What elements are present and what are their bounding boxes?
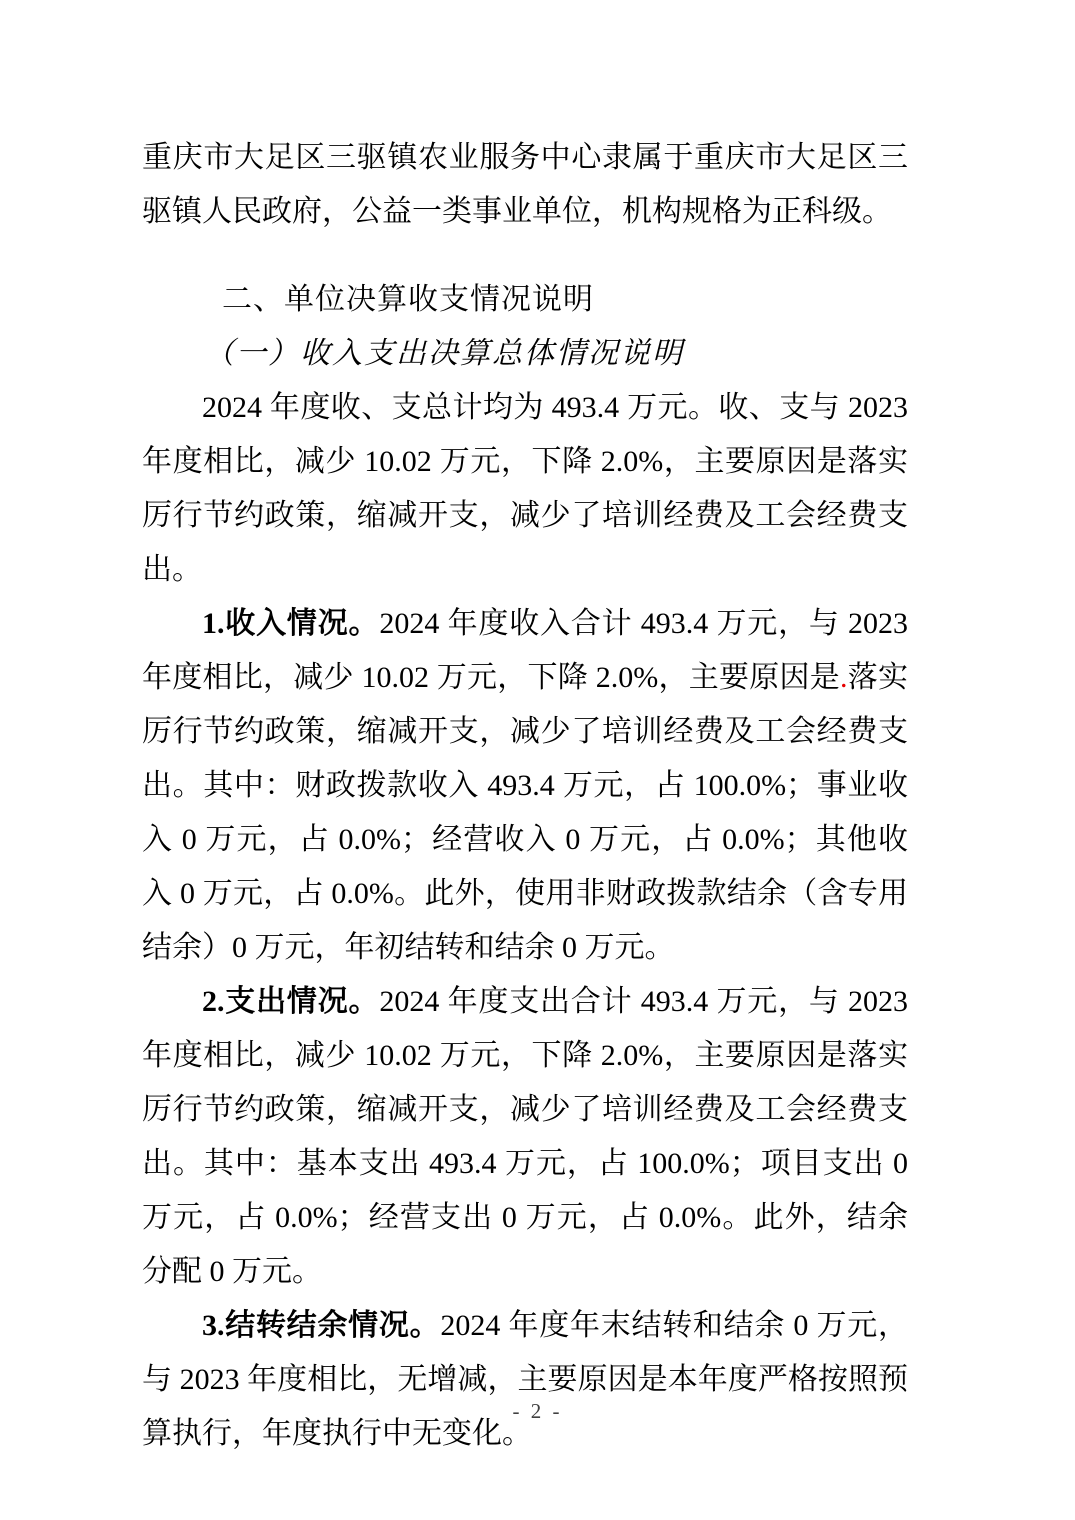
income-lead: 1.收入情况。 [202,607,379,640]
carryover-lead: 3.结转结余情况。 [202,1309,440,1342]
continuation-paragraph: 重庆市大足区三驱镇农业服务中心隶属于重庆市大足区三驱镇人民政府，公益一类事业单位… [142,131,908,239]
page-footer: - 2 - [0,1396,1075,1426]
document-body: 重庆市大足区三驱镇农业服务中心隶属于重庆市大足区三驱镇人民政府，公益一类事业单位… [142,131,908,1461]
carryover-paragraph: 3.结转结余情况。2024 年度年末结转和结余 0 万元，与 2023 年度相比… [142,1299,908,1461]
document-page: 重庆市大足区三驱镇农业服务中心隶属于重庆市大足区三驱镇人民政府，公益一类事业单位… [0,0,1075,1520]
expenditure-lead: 2.支出情况。 [202,985,379,1018]
income-paragraph: 1.收入情况。2024 年度收入合计 493.4 万元，与 2023 年度相比，… [142,597,908,975]
expenditure-paragraph: 2.支出情况。2024 年度支出合计 493.4 万元，与 2023 年度相比，… [142,975,908,1299]
income-text-after-mark: 落实厉行节约政策，缩减开支，减少了培训经费及工会经费支出。其中：财政拨款收入 4… [142,661,908,964]
subsection-heading: （一）收入支出决算总体情况说明 [142,327,908,381]
page-number: - 2 - [513,1399,563,1423]
section-heading: 二、单位决算收支情况说明 [142,273,908,327]
red-period-mark: . [840,661,848,694]
expenditure-text: 2024 年度支出合计 493.4 万元，与 2023 年度相比，减少 10.0… [142,985,908,1288]
overview-paragraph: 2024 年度收、支总计均为 493.4 万元。收、支与 2023 年度相比，减… [142,381,908,597]
